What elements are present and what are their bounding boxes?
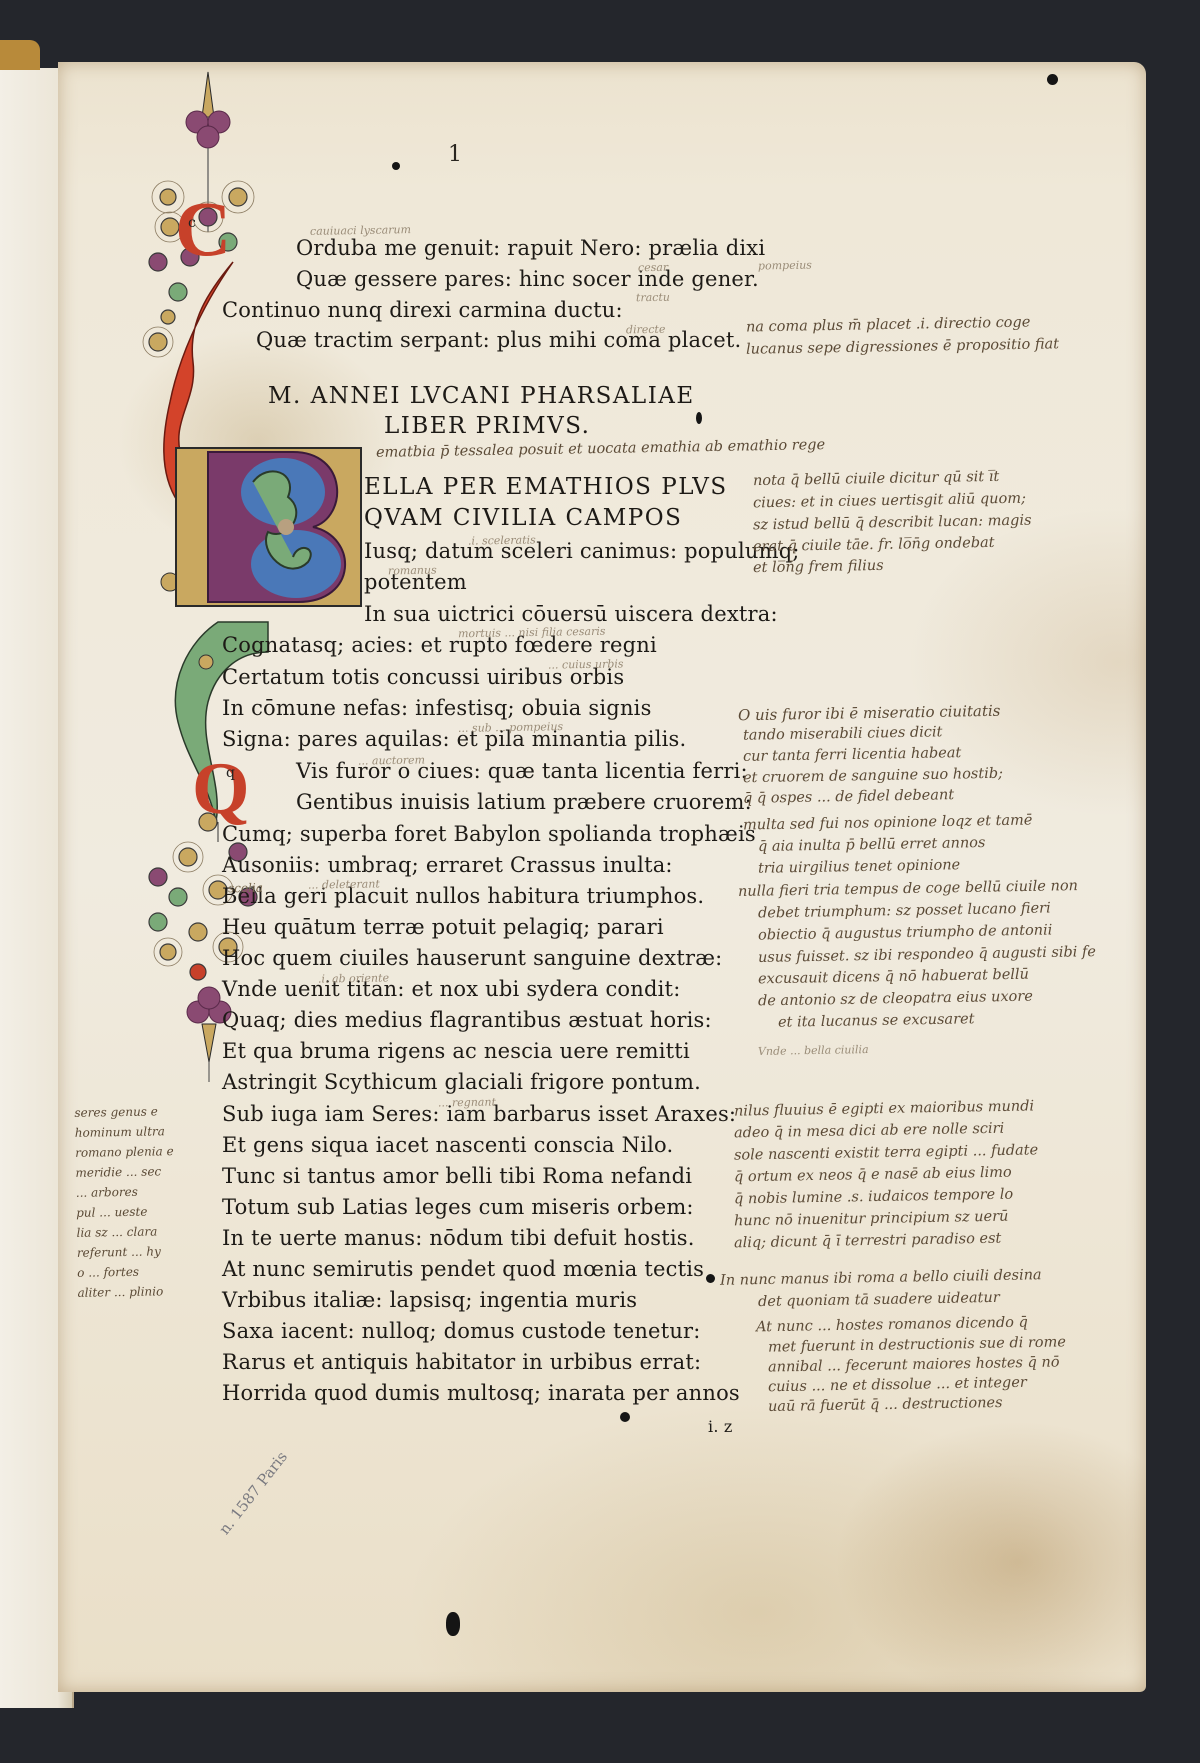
- pin-hole: [1047, 74, 1058, 85]
- marginal-gloss: det quoniam tā suadere uideatur: [758, 1287, 1000, 1313]
- marginal-gloss: de antonio sz de cleopatra eius uxore: [758, 986, 1033, 1013]
- interlinear-gloss: pompeius: [758, 255, 812, 278]
- verse-line: Bella geri placuit nullos habitura trium…: [222, 884, 704, 908]
- verse-line: Cumq; superba foret Babylon spolianda tr…: [222, 822, 756, 846]
- verse-line: Vrbibus italiæ: lapsisq; ingentia muris: [222, 1288, 637, 1312]
- illuminated-initial-b: [168, 442, 368, 612]
- epigram-line-2: Quæ gessere pares: hinc socer inde gener…: [296, 267, 759, 291]
- gloss-line: o ... fortes: [77, 1261, 176, 1283]
- interlinear-gloss: .i. sceleratis: [468, 529, 536, 552]
- ink-dot: [620, 1412, 630, 1422]
- wormhole: [446, 1612, 460, 1636]
- marginal-gloss: multa sed fui nos opinione loqz et tamē: [743, 809, 1033, 836]
- epigram-line-3: Continuo nunq direxi carmina ductu:: [222, 298, 623, 322]
- marginal-gloss: et ita lucanus se excusaret: [778, 1008, 975, 1033]
- marginal-gloss: et lo̅n̄g frem filius: [753, 555, 884, 579]
- left-marginal-gloss: seres genus e hominum ultra romano pleni…: [74, 1101, 176, 1303]
- verse-line: Vnde uenit titan: et nox ubi sydera cond…: [222, 977, 680, 1001]
- interlinear-gloss: directe: [626, 319, 666, 342]
- epigram-line-4: Quæ tractim serpant: plus mihi coma plac…: [256, 328, 741, 352]
- interlinear-gloss: ... sub ... pompeius: [458, 716, 564, 740]
- verse-line: Hoc quem ciuiles hauserunt sanguine dext…: [222, 946, 722, 970]
- manuscript-page: 1: [58, 62, 1146, 1692]
- marginal-gloss: aliq; dicunt q̄ ī terrestri paradiso est: [734, 1228, 1002, 1255]
- gloss-line: pul ... ueste: [76, 1201, 175, 1223]
- verse-line: Quaq; dies medius flagrantibus æstuat ho…: [222, 1008, 712, 1032]
- interlinear-gloss: scolia: [228, 877, 263, 900]
- guide-letter: c: [188, 215, 196, 231]
- interlinear-gloss: ... cuius urbis: [548, 653, 624, 676]
- interlinear-gloss: romanus: [388, 560, 437, 583]
- opening-line-2: QVAM CIVILIA CAMPOS: [364, 505, 682, 531]
- verse-line: Et qua bruma rigens ac nescia uere remit…: [222, 1039, 690, 1063]
- gloss-line: ... arbores: [76, 1181, 175, 1203]
- interlinear-gloss: cesar: [638, 257, 669, 280]
- verse-line: Horrida quod dumis multosq; inarata per …: [222, 1381, 740, 1405]
- verse-line: In cōmune nefas: infestisq; obuia signis: [222, 696, 652, 720]
- pencil-shelfmark: n. 1587 Paris: [214, 1447, 293, 1539]
- interlinear-gloss: .i. ab oriente: [318, 967, 389, 990]
- signature-mark: i. z: [708, 1417, 733, 1436]
- interlinear-gloss: mortuis ... nisi filia cesaris: [458, 621, 606, 646]
- gloss-line: lia sz ... clara: [76, 1221, 175, 1243]
- rubricated-initial-q: Q: [192, 752, 250, 826]
- rubricated-initial-c: C: [175, 190, 231, 268]
- ink-dot: [706, 1274, 715, 1283]
- gloss-line: aliter ... plinio: [77, 1281, 176, 1303]
- verse-line: Totum sub Latias leges cum miseris orbem…: [222, 1195, 694, 1219]
- ink-dot: [392, 162, 400, 170]
- opening-line-1: ELLA PER EMATHIOS PLVS: [364, 474, 728, 500]
- binding-edge: [0, 40, 40, 70]
- marginal-gloss: q̄ q̄ ospes ... de fidel debeant: [743, 784, 954, 810]
- interlinear-gloss: ... auctorem: [358, 749, 425, 772]
- book-heading-author: M. ANNEI LVCANI PHARSALIAE: [268, 383, 695, 409]
- interlinear-gloss: cauiuaci lyscarum: [310, 219, 411, 243]
- gloss-line: meridie ... sec: [75, 1161, 174, 1183]
- interlinear-gloss: ... regnant: [438, 1091, 496, 1114]
- verse-line: Gentibus inuisis latium præbere cruorem:: [296, 790, 752, 814]
- folio-number: 1: [448, 142, 462, 167]
- verse-line: At nunc semirutis pendet quod mœnia tect…: [222, 1257, 704, 1281]
- verse-line: Heu quātum terræ potuit pelagiq; parari: [222, 915, 664, 939]
- marginal-gloss-faint: Vnde ... bella ciuilia: [758, 1039, 869, 1063]
- ink-dot: [696, 412, 702, 424]
- marginal-gloss: uaū rā fuerūt q̄ ... destructiones: [768, 1392, 1003, 1418]
- verse-line: In te uerte manus: nōdum tibi defuit hos…: [222, 1226, 695, 1250]
- verse-line: Et gens siqua iacet nascenti conscia Nil…: [222, 1133, 673, 1157]
- verse-line: Ausoniis: umbraq; erraret Crassus inulta…: [222, 853, 673, 877]
- gloss-line: referunt ... hy: [77, 1241, 176, 1263]
- gloss-line: romano plenia e: [75, 1141, 174, 1163]
- book-heading-liber: LIBER PRIMVS.: [384, 413, 590, 439]
- interlinear-gloss: ... deleterant: [308, 873, 380, 896]
- verse-line: Astringit Scythicum glaciali frigore pon…: [222, 1070, 701, 1094]
- verse-line: Saxa iacent: nulloq; domus custode tenet…: [222, 1319, 701, 1343]
- verse-line: Signa: pares aquilas: et pila minantia p…: [222, 727, 686, 751]
- verse-line: Tunc si tantus amor belli tibi Roma nefa…: [222, 1164, 692, 1188]
- verse-line: Rarus et antiquis habitator in urbibus e…: [222, 1350, 701, 1374]
- gloss-line: seres genus e: [74, 1101, 173, 1123]
- interlinear-gloss: tractu: [636, 287, 670, 310]
- gloss-line: hominum ultra: [75, 1121, 174, 1143]
- guide-letter: q: [226, 765, 235, 781]
- marginal-gloss: lucanus sepe digressiones ē propositio f…: [746, 333, 1059, 360]
- marginal-gloss: tria uirgilius tenet opinione: [758, 854, 961, 880]
